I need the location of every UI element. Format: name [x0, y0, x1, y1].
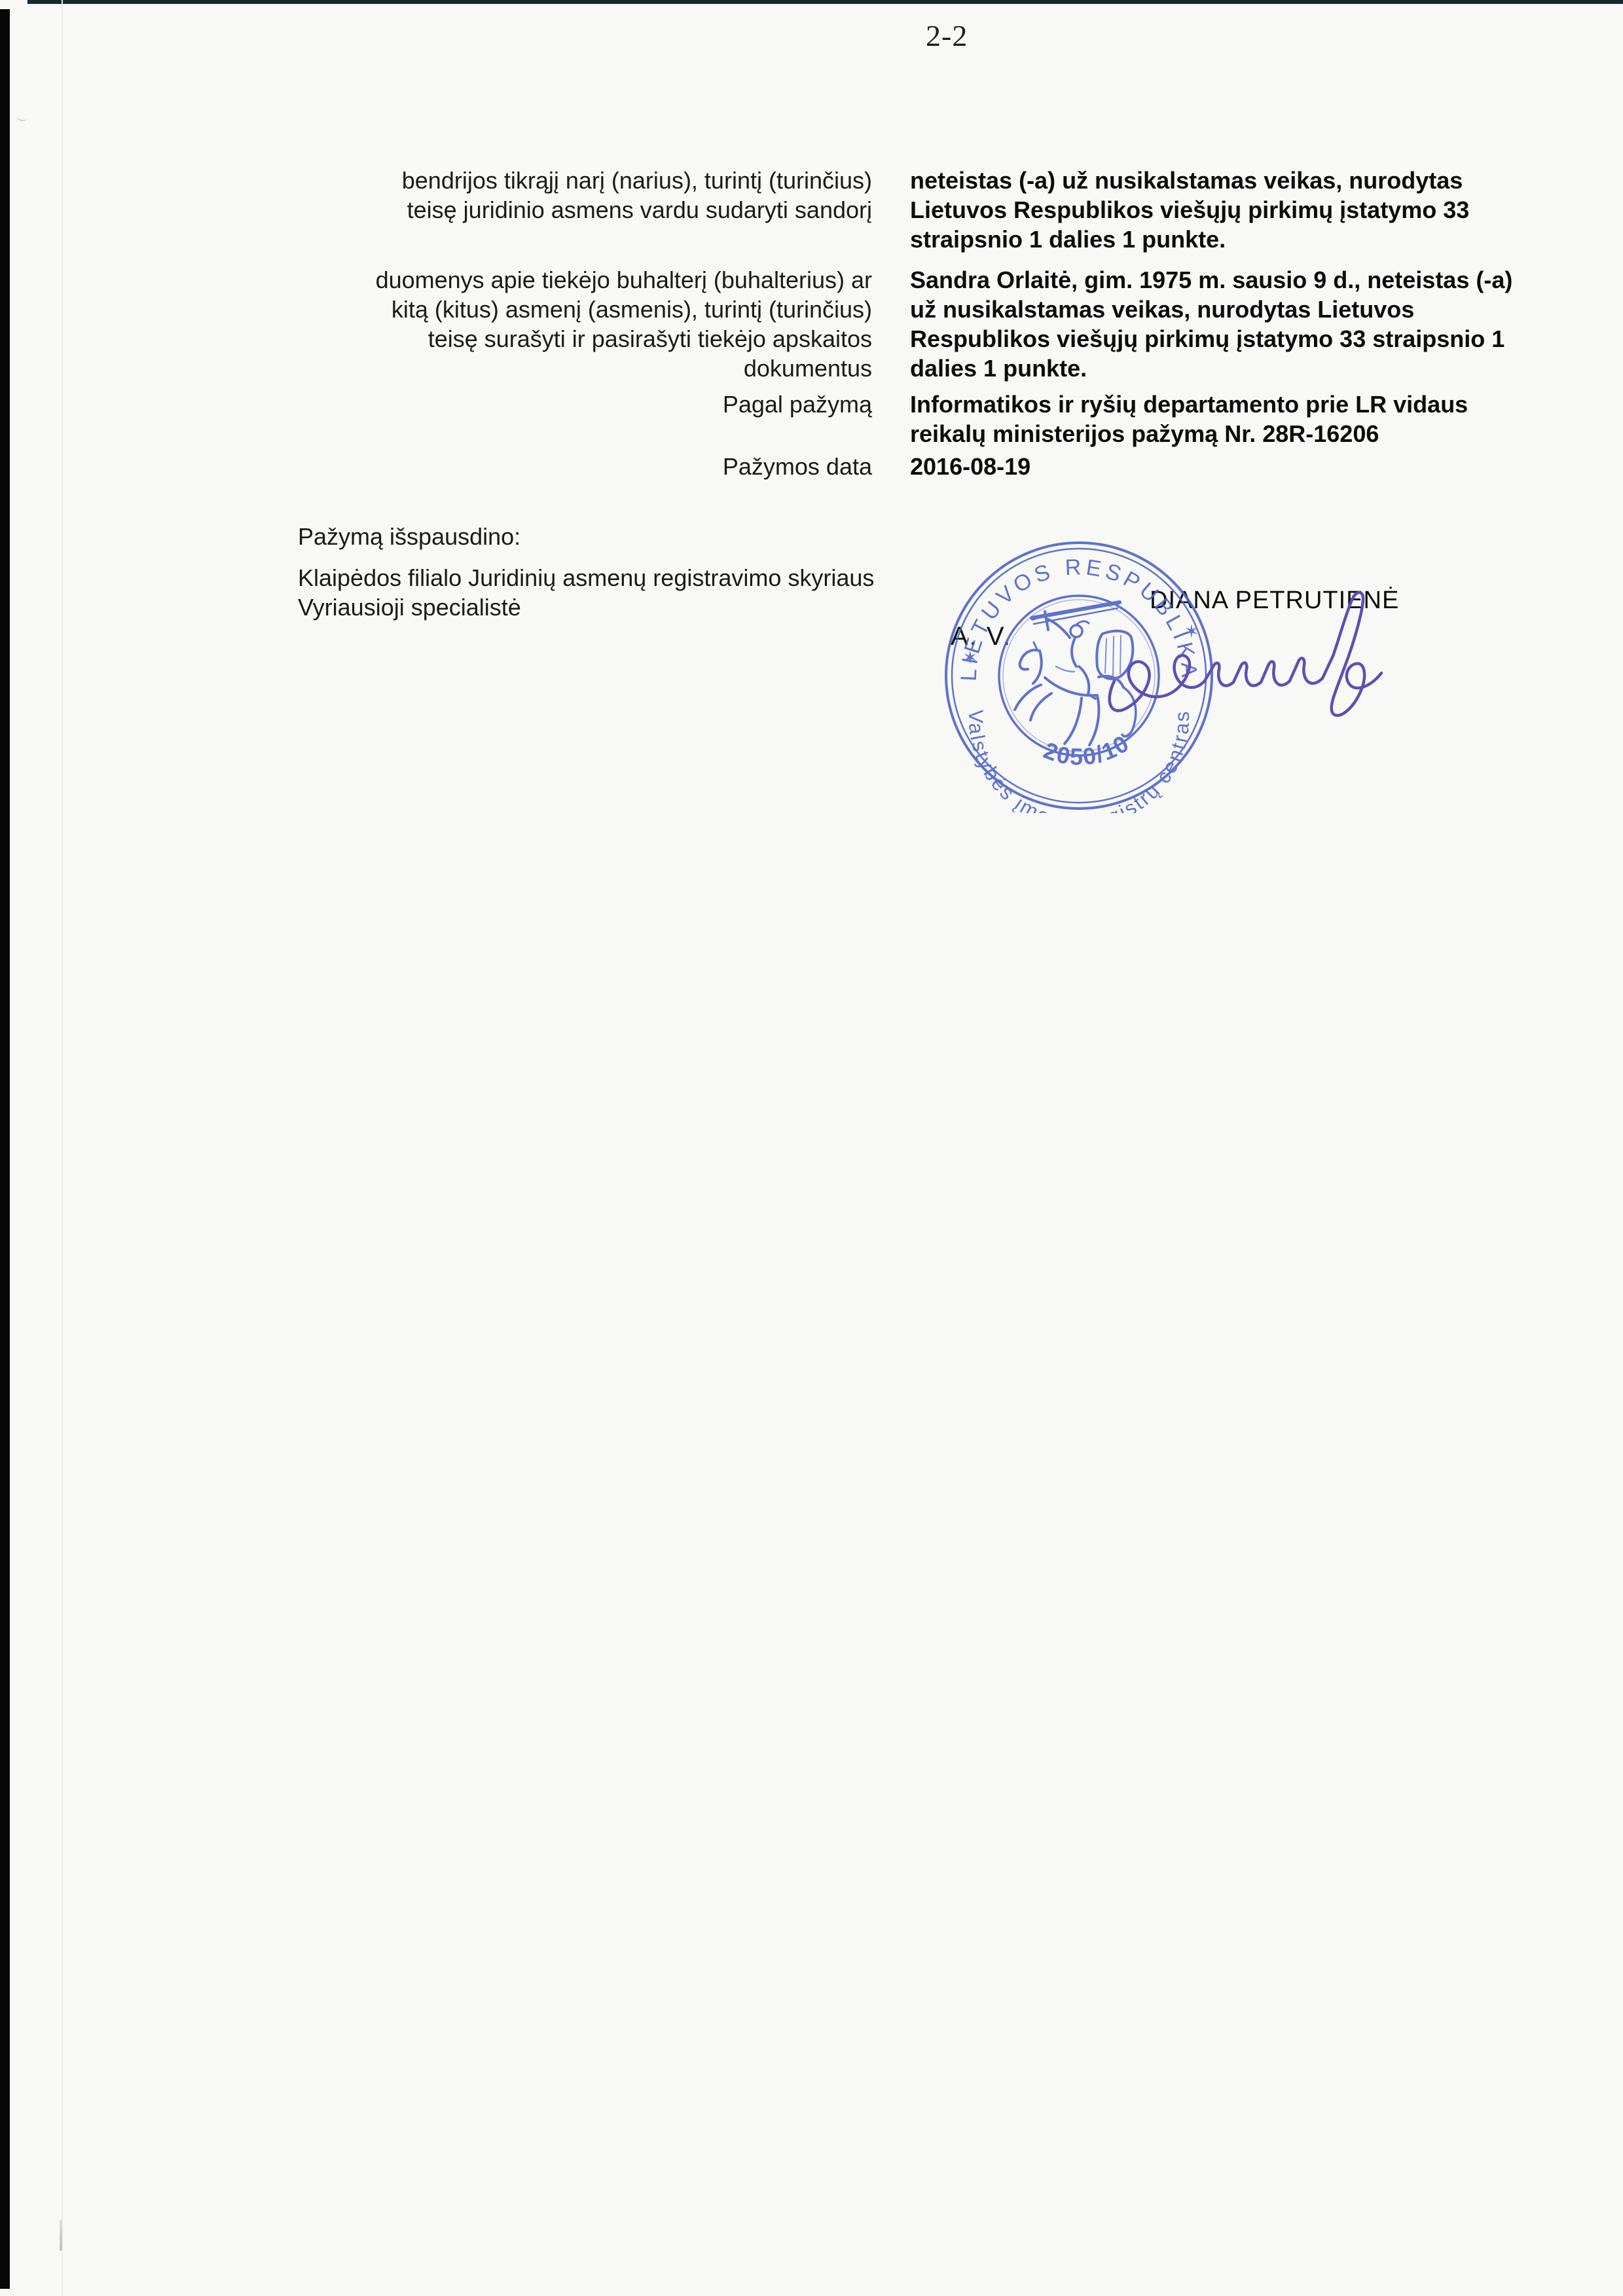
- scan-smudge: [60, 2219, 62, 2251]
- field-label-certificate-date: Pažymos data: [275, 452, 872, 481]
- page-number: 2-2: [926, 18, 968, 53]
- handwritten-signature: [1095, 583, 1415, 746]
- scan-edge-left: [0, 9, 10, 2289]
- field-value-authorized-member: neteistas (-a) už nusikalstamas veikas, …: [910, 166, 1604, 254]
- field-label-accountant-data: duomenys apie tiekėjo buhalterį (buhalte…: [275, 265, 872, 383]
- printed-by-role: Klaipėdos filialo Juridinių asmenų regis…: [298, 563, 985, 622]
- scanned-document-page: 2-2 bendrijos tikrąjį narį (narius), tur…: [0, 0, 1623, 2296]
- scan-smudge: [16, 111, 27, 122]
- page-fold-line: [62, 0, 63, 2296]
- field-value-certificate-date: 2016-08-19: [910, 452, 1604, 481]
- field-label-authorized-member: bendrijos tikrąjį narį (narius), turintį…: [275, 166, 872, 225]
- printed-by-heading: Pažymą išspausdino:: [298, 522, 520, 551]
- field-value-certificate-source: Informatikos ir ryšių departamento prie …: [910, 390, 1604, 448]
- stamp-star-icon: ✶: [962, 647, 977, 668]
- field-value-accountant-data: Sandra Orlaitė, gim. 1975 m. sausio 9 d.…: [910, 265, 1604, 383]
- field-label-certificate-source: Pagal pažymą: [275, 390, 872, 419]
- scan-edge-top: [27, 0, 1623, 4]
